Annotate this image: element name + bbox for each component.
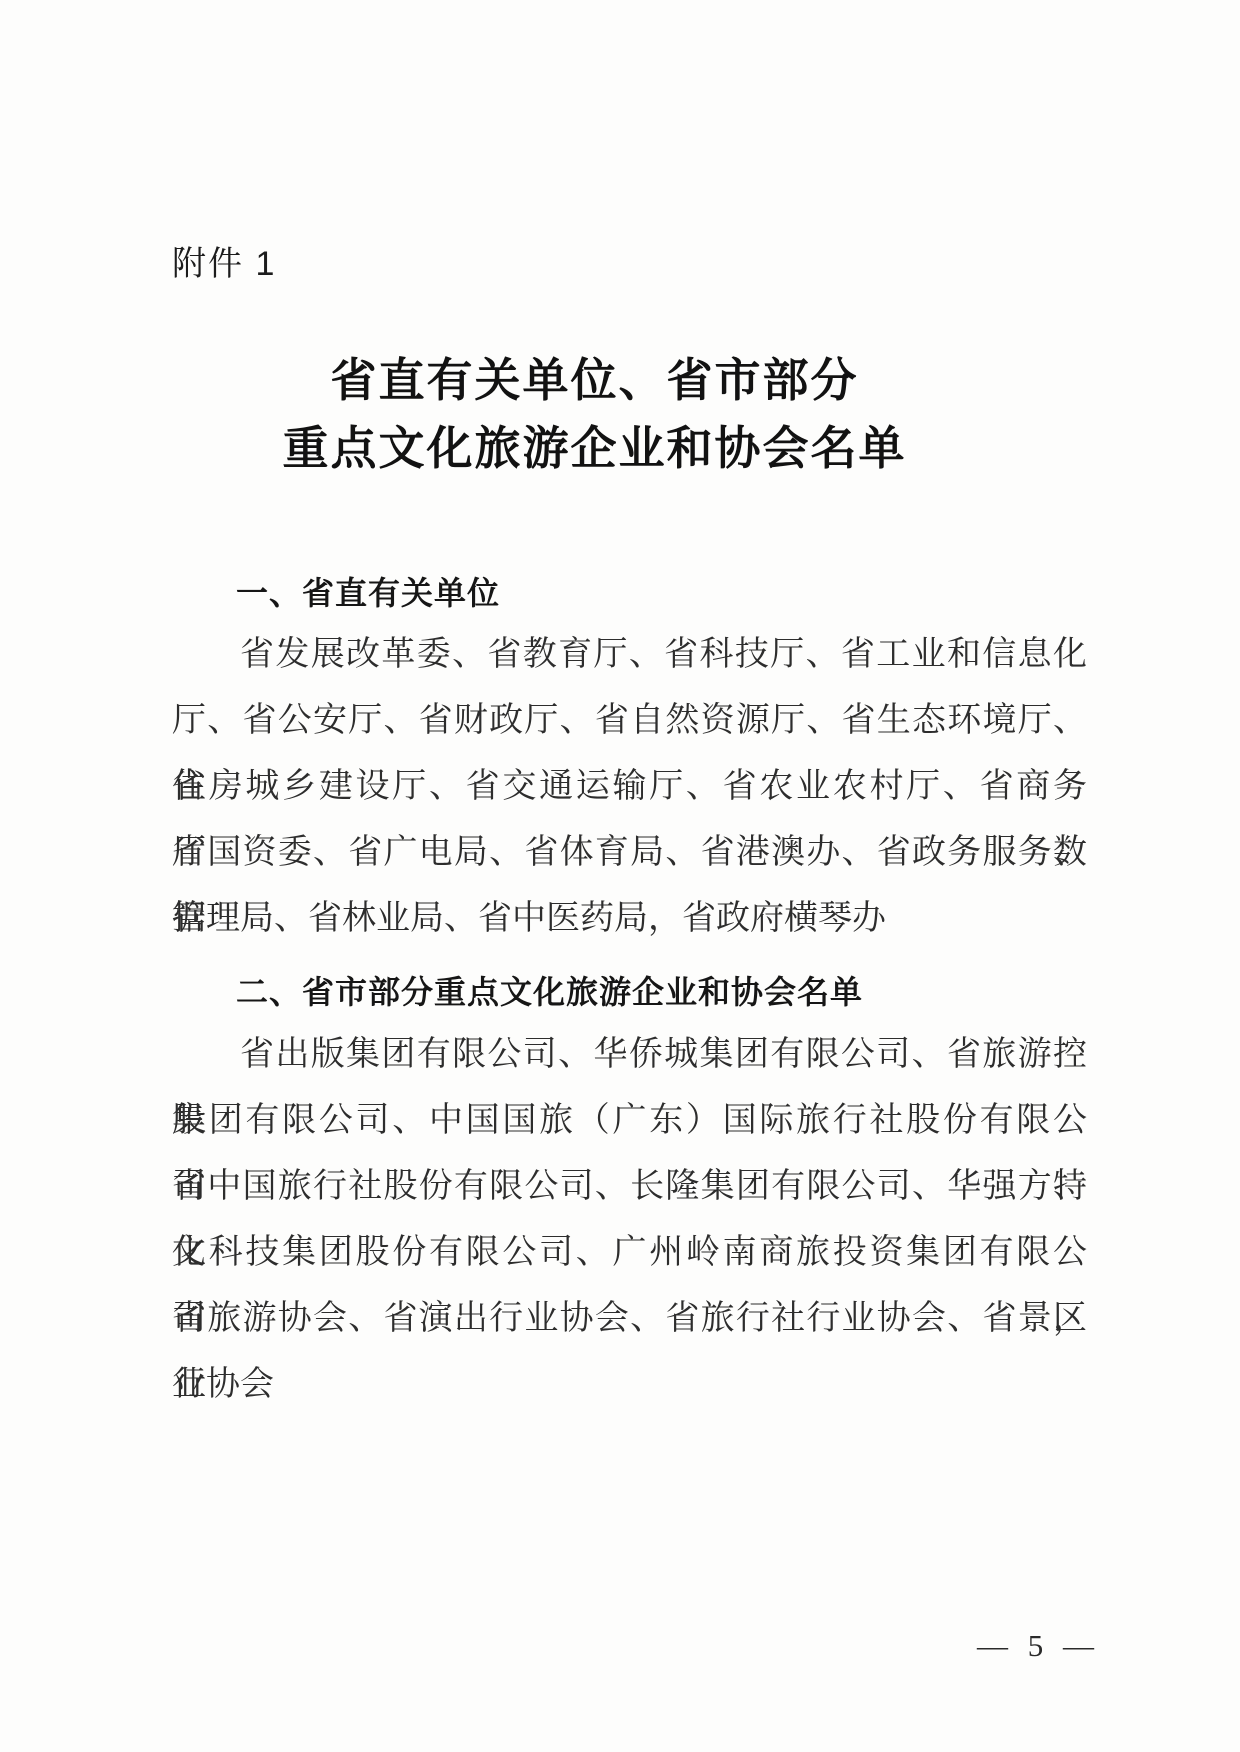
paragraph-line: 省中国旅行社股份有限公司、长隆集团有限公司、华强方特文 (172, 1154, 1087, 1220)
paragraph-line: 省国资委、省广电局、省体育局、省港澳办、省政务服务数据 (172, 820, 1087, 886)
paragraph-line: 厅、省公安厅、省财政厅、省自然资源厅、省生态环境厅、省 (172, 688, 1087, 754)
section-1-heading: 一、省直有关单位 (172, 568, 1087, 614)
paragraph-line: 省出版集团有限公司、华侨城集团有限公司、省旅游控股 (172, 1022, 1087, 1088)
page-number: — 5 — (977, 1628, 1100, 1664)
section-2-paragraph: 省出版集团有限公司、华侨城集团有限公司、省旅游控股 集团有限公司、中国国旅（广东… (172, 1022, 1087, 1418)
doc-title-line-2: 重点文化旅游企业和协会名单 (137, 415, 1052, 483)
attachment-label: 附件 1 (172, 236, 276, 285)
section-1-paragraph: 省发展改革委、省教育厅、省科技厅、省工业和信息化 厅、省公安厅、省财政厅、省自然… (172, 622, 1087, 952)
paragraph-line: 化科技集团股份有限公司、广州岭南商旅投资集团有限公司， (172, 1220, 1087, 1286)
paragraph-line: 管理局、省林业局、省中医药局，省政府横琴办 (172, 886, 1087, 952)
doc-title-line-1: 省直有关单位、省市部分 (137, 347, 1052, 415)
paragraph-line: 省旅游协会、省演出行业协会、省旅行社行业协会、省景区行 (172, 1286, 1087, 1352)
paragraph-line: 省发展改革委、省教育厅、省科技厅、省工业和信息化 (172, 622, 1087, 688)
paragraph-line: 集团有限公司、中国国旅（广东）国际旅行社股份有限公司、 (172, 1088, 1087, 1154)
section-2-heading: 二、省市部分重点文化旅游企业和协会名单 (172, 967, 1087, 1013)
paragraph-line: 住房城乡建设厅、省交通运输厅、省农业农村厅、省商务厅、 (172, 754, 1087, 820)
document-page: 附件 1 省直有关单位、省市部分 重点文化旅游企业和协会名单 一、省直有关单位 … (0, 0, 1240, 1752)
paragraph-line: 业协会 (172, 1352, 1087, 1418)
doc-title: 省直有关单位、省市部分 重点文化旅游企业和协会名单 (137, 347, 1052, 483)
